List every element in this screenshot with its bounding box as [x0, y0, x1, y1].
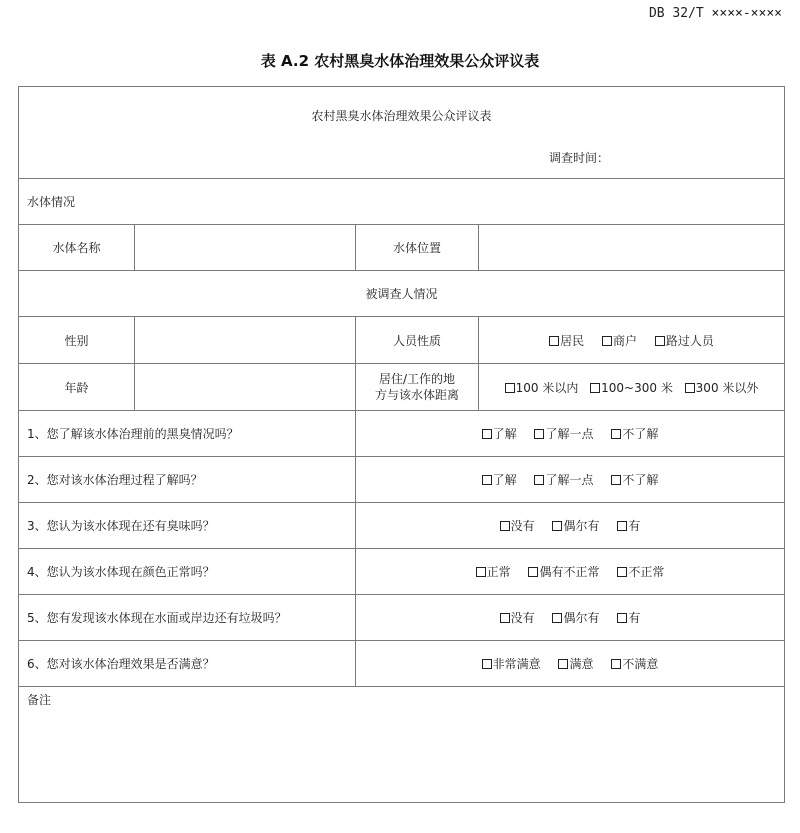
checkbox-icon[interactable] — [617, 567, 627, 577]
checkbox-icon[interactable] — [602, 336, 612, 346]
question-row-4: 4、您认为该水体现在颜色正常吗？ 正常 偶有不正常 不正常 — [19, 549, 785, 595]
distance-option[interactable]: 300 米以外 — [685, 379, 759, 396]
question-options: 正常 偶有不正常 不正常 — [356, 549, 785, 595]
question-options: 非常满意 满意 不满意 — [356, 641, 785, 687]
answer-option[interactable]: 偶尔有 — [552, 517, 599, 534]
checkbox-icon[interactable] — [655, 336, 665, 346]
document-title: 表 A.2 农村黑臭水体治理效果公众评议表 — [0, 50, 800, 71]
question-options: 了解 了解一点 不了解 — [356, 457, 785, 503]
checkbox-icon[interactable] — [552, 521, 562, 531]
distance-label: 居住/工作的地 方与该水体距离 — [356, 364, 479, 411]
survey-time-label: 调查时间： — [549, 149, 609, 166]
checkbox-icon[interactable] — [476, 567, 486, 577]
checkbox-icon[interactable] — [549, 336, 559, 346]
question-options: 了解 了解一点 不了解 — [356, 411, 785, 457]
age-field[interactable] — [135, 364, 356, 411]
answer-option[interactable]: 没有 — [500, 517, 535, 534]
question-options: 没有 偶尔有 有 — [356, 595, 785, 641]
checkbox-icon[interactable] — [482, 429, 492, 439]
answer-option[interactable]: 不正常 — [617, 563, 664, 580]
water-name-field[interactable] — [135, 225, 356, 271]
age-label: 年龄 — [19, 364, 135, 411]
question-text: 3、您认为该水体现在还有臭味吗？ — [19, 503, 356, 549]
distance-option[interactable]: 100~300 米 — [590, 379, 673, 396]
question-text: 2、您对该水体治理过程了解吗？ — [19, 457, 356, 503]
question-options: 没有 偶尔有 有 — [356, 503, 785, 549]
answer-option[interactable]: 不了解 — [611, 471, 658, 488]
checkbox-icon[interactable] — [500, 613, 510, 623]
public-evaluation-form: 农村黑臭水体治理效果公众评议表 调查时间： 水体情况 水体名称 水体位置 被调查… — [18, 86, 785, 803]
distance-option[interactable]: 100 米以内 — [505, 379, 579, 396]
checkbox-icon[interactable] — [482, 475, 492, 485]
checkbox-icon[interactable] — [505, 383, 515, 393]
remarks-field[interactable]: 备注 — [19, 687, 785, 803]
checkbox-icon[interactable] — [534, 475, 544, 485]
answer-option[interactable]: 满意 — [558, 655, 593, 672]
question-text: 1、您了解该水体治理前的黑臭情况吗？ — [19, 411, 356, 457]
question-text: 5、您有发现该水体现在水面或岸边还有垃圾吗？ — [19, 595, 356, 641]
question-row-1: 1、您了解该水体治理前的黑臭情况吗？ 了解 了解一点 不了解 — [19, 411, 785, 457]
answer-option[interactable]: 正常 — [476, 563, 511, 580]
checkbox-icon[interactable] — [500, 521, 510, 531]
checkbox-icon[interactable] — [617, 521, 627, 531]
person-type-option[interactable]: 商户 — [602, 332, 637, 349]
person-type-option[interactable]: 居民 — [549, 332, 584, 349]
person-type-options: 居民 商户 路过人员 — [479, 317, 785, 364]
form-inner-title: 农村黑臭水体治理效果公众评议表 — [19, 107, 784, 124]
answer-option[interactable]: 了解一点 — [534, 425, 593, 442]
person-type-option[interactable]: 路过人员 — [655, 332, 714, 349]
checkbox-icon[interactable] — [482, 659, 492, 669]
answer-option[interactable]: 不了解 — [611, 425, 658, 442]
answer-option[interactable]: 不满意 — [611, 655, 658, 672]
checkbox-icon[interactable] — [617, 613, 627, 623]
answer-option[interactable]: 有 — [617, 517, 640, 534]
checkbox-icon[interactable] — [590, 383, 600, 393]
checkbox-icon[interactable] — [552, 613, 562, 623]
answer-option[interactable]: 没有 — [500, 609, 535, 626]
answer-option[interactable]: 非常满意 — [482, 655, 541, 672]
answer-option[interactable]: 偶尔有 — [552, 609, 599, 626]
gender-label: 性别 — [19, 317, 135, 364]
section-respondent-info: 被调查人情况 — [19, 271, 785, 317]
checkbox-icon[interactable] — [611, 429, 621, 439]
answer-option[interactable]: 偶有不正常 — [528, 563, 599, 580]
checkbox-icon[interactable] — [534, 429, 544, 439]
distance-options: 100 米以内 100~300 米 300 米以外 — [479, 364, 785, 411]
question-text: 4、您认为该水体现在颜色正常吗？ — [19, 549, 356, 595]
checkbox-icon[interactable] — [558, 659, 568, 669]
person-type-label: 人员性质 — [356, 317, 479, 364]
question-text: 6、您对该水体治理效果是否满意？ — [19, 641, 356, 687]
question-row-5: 5、您有发现该水体现在水面或岸边还有垃圾吗？ 没有 偶尔有 有 — [19, 595, 785, 641]
answer-option[interactable]: 有 — [617, 609, 640, 626]
remarks-label: 备注 — [27, 687, 784, 708]
checkbox-icon[interactable] — [528, 567, 538, 577]
checkbox-icon[interactable] — [611, 659, 621, 669]
answer-option[interactable]: 了解 — [482, 471, 517, 488]
water-location-field[interactable] — [479, 225, 785, 271]
section-water-info: 水体情况 — [19, 179, 785, 225]
answer-option[interactable]: 了解 — [482, 425, 517, 442]
question-row-2: 2、您对该水体治理过程了解吗？ 了解 了解一点 不了解 — [19, 457, 785, 503]
water-name-label: 水体名称 — [19, 225, 135, 271]
document-code: DB 32/T ××××-×××× — [649, 6, 782, 21]
gender-field[interactable] — [135, 317, 356, 364]
checkbox-icon[interactable] — [611, 475, 621, 485]
question-row-6: 6、您对该水体治理效果是否满意？ 非常满意 满意 不满意 — [19, 641, 785, 687]
question-row-3: 3、您认为该水体现在还有臭味吗？ 没有 偶尔有 有 — [19, 503, 785, 549]
checkbox-icon[interactable] — [685, 383, 695, 393]
form-header: 农村黑臭水体治理效果公众评议表 调查时间： — [19, 87, 785, 179]
answer-option[interactable]: 了解一点 — [534, 471, 593, 488]
water-location-label: 水体位置 — [356, 225, 479, 271]
